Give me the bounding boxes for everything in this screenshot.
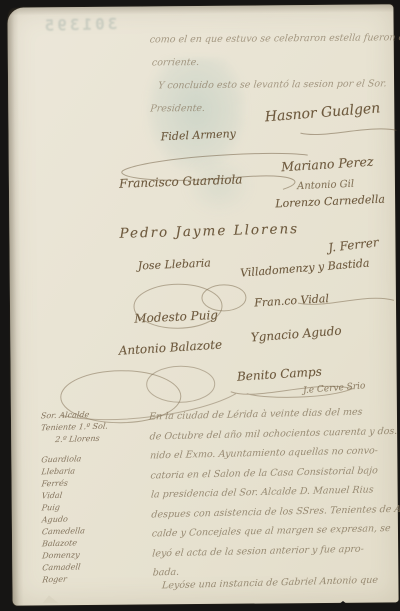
- margin-attendee-list: Sor. Alcalde Teniente 1.º Sol. 2.º Llore…: [41, 408, 149, 585]
- signature-secretary: J.e Cerve Srio: [303, 381, 366, 396]
- top-paragraph-line: Y concluido esto se levantó la sesion po…: [157, 72, 397, 97]
- signature: J. Ferrer: [327, 235, 379, 255]
- bleedthrough-stamp-number: 301395: [41, 14, 117, 35]
- signature: Fran.co Vidal: [254, 292, 329, 310]
- signature: Benito Camps: [237, 365, 323, 384]
- rubric-flourish: [298, 122, 398, 139]
- signature: Jose Llebaria: [138, 256, 211, 272]
- paper-sheet: 301395 como el en que estuvo se celebrar…: [7, 4, 398, 605]
- top-paragraph-line: corriente.: [151, 49, 397, 74]
- paper-tear-bottom-left: [43, 595, 59, 603]
- attendee: Roger: [42, 572, 150, 587]
- attendee: 2.º Llorens: [54, 432, 148, 446]
- signature: Lorenzo Carnedella: [275, 193, 385, 211]
- signature: Antonio Gil: [297, 179, 354, 192]
- signature: Mariano Perez: [281, 154, 374, 175]
- signature: Modesto Puig: [134, 308, 218, 326]
- signature: Antonio Balazote: [118, 337, 222, 357]
- signature: Ygnacio Agudo: [250, 323, 342, 344]
- signature: Villadomenzy y Bastida: [240, 257, 370, 280]
- manuscript-photo: 301395 como el en que estuvo se celebrar…: [0, 0, 400, 611]
- top-paragraph-line: como el en que estuvo se celebraron este…: [149, 26, 397, 51]
- signature: Pedro Jayme Llorens: [119, 221, 299, 242]
- minutes-body-paragraph: En la ciudad de Lérida à veinte dias del…: [149, 402, 400, 583]
